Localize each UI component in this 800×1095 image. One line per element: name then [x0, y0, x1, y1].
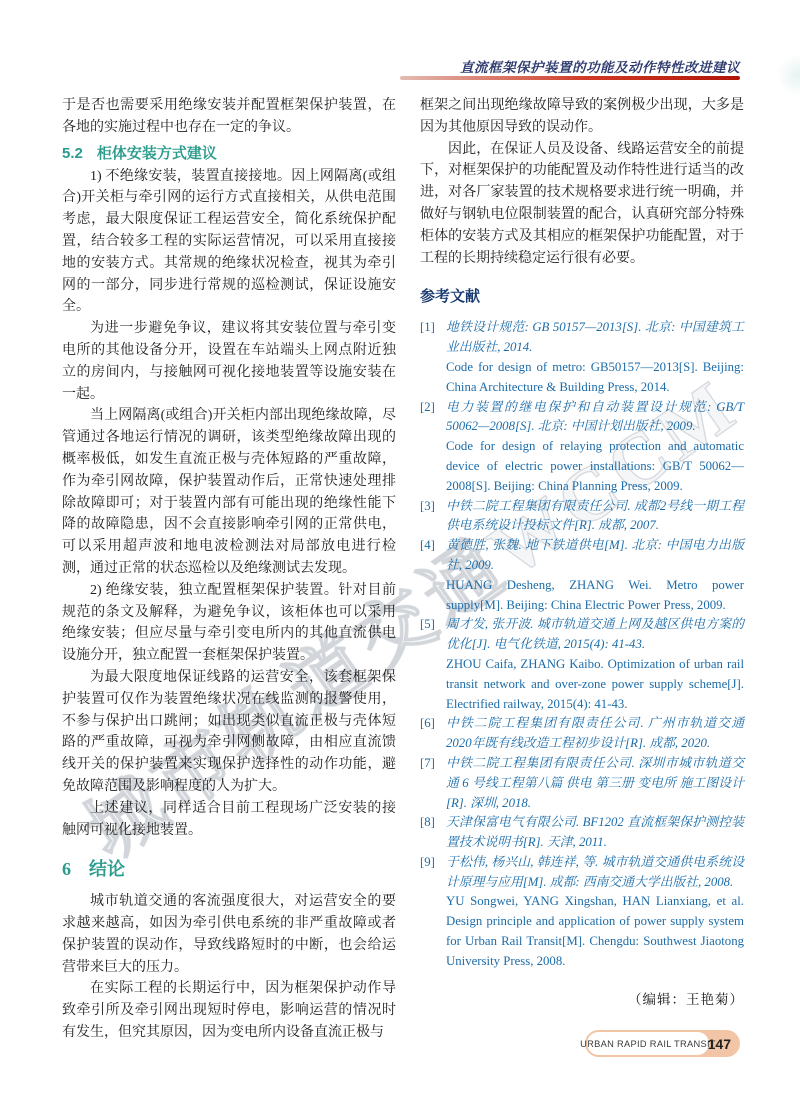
right-column-paragraphs: 框架之间出现绝缘故障导致的案例极少出现，大多是因为其他原因导致的误动作。因此，在…	[420, 95, 744, 269]
footer-journal-pill: URBAN RAPID RAIL TRANSIT	[587, 1032, 709, 1055]
reference-body: 中铁二院工程集团有限责任公司. 成都2号线一期工程供电系统设计投标文件[R]. …	[446, 497, 744, 537]
reference-line: 天津保富电气有限公司. BF1202 直流框架保护测控装置技术说明书[R]. 天…	[446, 813, 744, 853]
reference-item: [5]周才发, 张开波. 城市轨道交通上网及越区供电方案的优化[J]. 电气化铁…	[420, 615, 744, 714]
reference-item: [9]于松伟, 杨兴山, 韩连祥, 等. 城市轨道交通供电系统设计原理与应用[M…	[420, 853, 744, 972]
section-number: 6	[62, 859, 71, 879]
edge-decoration	[778, 52, 800, 98]
paragraph: 为进一步避免争议，建议将其安装位置与牵引变电所的其他设备分开，设置在车站端头上网…	[62, 318, 396, 405]
reference-line: Code for design of relaying protection a…	[446, 437, 744, 496]
editor-note: （编辑：王艳菊）	[420, 988, 744, 1008]
paragraph: 于是否也需要采用绝缘安装并配置框架保护装置，在各地的实施过程中也存在一定的争议。	[62, 95, 396, 139]
reference-line: 黄德胜, 张魏. 地下铁道供电[M]. 北京: 中国电力出版社, 2009.	[446, 536, 744, 576]
reference-body: 电力装置的继电保护和自动装置设计规范: GB/T 50062—2008[S]. …	[446, 398, 744, 497]
reference-number: [9]	[420, 853, 446, 873]
two-column-body: 于是否也需要采用绝缘安装并配置框架保护装置，在各地的实施过程中也存在一定的争议。…	[62, 95, 744, 1044]
left-column: 于是否也需要采用绝缘安装并配置框架保护装置，在各地的实施过程中也存在一定的争议。…	[62, 95, 396, 1044]
reference-item: [2]电力装置的继电保护和自动装置设计规范: GB/T 50062—2008[S…	[420, 398, 744, 497]
reference-number: [2]	[420, 398, 446, 418]
reference-item: [4]黄德胜, 张魏. 地下铁道供电[M]. 北京: 中国电力出版社, 2009…	[420, 536, 744, 615]
paragraph: 框架之间出现绝缘故障导致的案例极少出现，大多是因为其他原因导致的误动作。	[420, 95, 744, 139]
reference-item: [1]地铁设计规范: GB 50157—2013[S]. 北京: 中国建筑工业出…	[420, 318, 744, 397]
right-column: 框架之间出现绝缘故障导致的案例极少出现，大多是因为其他原因导致的误动作。因此，在…	[420, 95, 744, 1044]
reference-number: [5]	[420, 615, 446, 635]
reference-line: Code for design of metro: GB50157—2013[S…	[446, 358, 744, 398]
reference-item: [6]中铁二院工程集团有限责任公司. 广州市轨道交通2020年既有线改造工程初步…	[420, 714, 744, 754]
reference-body: 天津保富电气有限公司. BF1202 直流框架保护测控装置技术说明书[R]. 天…	[446, 813, 744, 853]
running-header-title: 直流框架保护装置的功能及动作特性改进建议	[460, 56, 740, 76]
reference-body: 于松伟, 杨兴山, 韩连祥, 等. 城市轨道交通供电系统设计原理与应用[M]. …	[446, 853, 744, 972]
reference-body: 中铁二院工程集团有限责任公司. 深圳市城市轨道交通 6 号线工程第八篇 供电 第…	[446, 754, 744, 813]
reference-line: HUANG Desheng, ZHANG Wei. Metro power su…	[446, 576, 744, 616]
paragraph: 城市轨道交通的客流强度很大，对运营安全的要求越来越高，如因为牵引供电系统的非严重…	[62, 891, 396, 978]
reference-number: [8]	[420, 813, 446, 833]
reference-line: YU Songwei, YANG Xingshan, HAN Lianxiang…	[446, 892, 744, 971]
reference-line: 地铁设计规范: GB 50157—2013[S]. 北京: 中国建筑工业出版社,…	[446, 318, 744, 358]
section-title: 柜体安装方式建议	[97, 145, 217, 162]
reference-body: 地铁设计规范: GB 50157—2013[S]. 北京: 中国建筑工业出版社,…	[446, 318, 744, 397]
paragraph: 1) 不绝缘安装，装置直接接地。因上网隔离(或组合)开关柜与牵引网的运行方式直接…	[62, 166, 396, 319]
reference-item: [7]中铁二院工程集团有限责任公司. 深圳市城市轨道交通 6 号线工程第八篇 供…	[420, 754, 744, 813]
reference-line: 中铁二院工程集团有限责任公司. 广州市轨道交通2020年既有线改造工程初步设计[…	[446, 714, 744, 754]
reference-number: [6]	[420, 714, 446, 734]
references-heading: 参考文献	[420, 285, 744, 306]
reference-number: [7]	[420, 754, 446, 774]
footer-journal-name: URBAN RAPID RAIL TRANSIT	[580, 1039, 716, 1049]
reference-item: [3]中铁二院工程集团有限责任公司. 成都2号线一期工程供电系统设计投标文件[R…	[420, 497, 744, 537]
section-title: 结论	[89, 859, 125, 879]
reference-line: 中铁二院工程集团有限责任公司. 深圳市城市轨道交通 6 号线工程第八篇 供电 第…	[446, 754, 744, 813]
footer-page-number: 147	[708, 1030, 731, 1057]
reference-body: 周才发, 张开波. 城市轨道交通上网及越区供电方案的优化[J]. 电气化铁道, …	[446, 615, 744, 714]
paragraph: 上述建议，同样适合目前工程现场广泛安装的接触网可视化接地装置。	[62, 798, 396, 842]
paragraph: 在实际工程的长期运行中，因为框架保护动作导致牵引所及牵引网出现短时停电，影响运营…	[62, 978, 396, 1043]
section-number: 5.2	[62, 145, 83, 162]
reference-line: 电力装置的继电保护和自动装置设计规范: GB/T 50062—2008[S]. …	[446, 398, 744, 438]
reference-body: 中铁二院工程集团有限责任公司. 广州市轨道交通2020年既有线改造工程初步设计[…	[446, 714, 744, 754]
reference-line: 周才发, 张开波. 城市轨道交通上网及越区供电方案的优化[J]. 电气化铁道, …	[446, 615, 744, 655]
references-list: [1]地铁设计规范: GB 50157—2013[S]. 北京: 中国建筑工业出…	[420, 318, 744, 971]
reference-line: 中铁二院工程集团有限责任公司. 成都2号线一期工程供电系统设计投标文件[R]. …	[446, 497, 744, 537]
reference-line: 于松伟, 杨兴山, 韩连祥, 等. 城市轨道交通供电系统设计原理与应用[M]. …	[446, 853, 744, 893]
footer-page-badge: URBAN RAPID RAIL TRANSIT 147	[585, 1030, 740, 1057]
reference-number: [4]	[420, 536, 446, 556]
header-rule	[400, 76, 740, 80]
paper-page: 城市轨道交通WCCM 直流框架保护装置的功能及动作特性改进建议 于是否也需要采用…	[0, 0, 800, 1095]
section-heading: 5.2柜体安装方式建议	[62, 142, 396, 163]
paragraph: 2) 绝缘安装，独立配置框架保护装置。针对目前规范的条文及解释，为避免争议，该柜…	[62, 580, 396, 667]
paragraph: 为最大限度地保证线路的运营安全，该套框架保护装置可仅作为装置绝缘状况在线监测的报…	[62, 667, 396, 798]
reference-item: [8]天津保富电气有限公司. BF1202 直流框架保护测控装置技术说明书[R]…	[420, 813, 744, 853]
paragraph: 当上网隔离(或组合)开关柜内部出现绝缘故障，尽管通过各地运行情况的调研，该类型绝…	[62, 405, 396, 579]
reference-line: ZHOU Caifa, ZHANG Kaibo. Optimization of…	[446, 655, 744, 714]
reference-body: 黄德胜, 张魏. 地下铁道供电[M]. 北京: 中国电力出版社, 2009.HU…	[446, 536, 744, 615]
reference-number: [1]	[420, 318, 446, 338]
section-heading: 6结论	[62, 855, 396, 881]
reference-number: [3]	[420, 497, 446, 517]
paragraph: 因此，在保证人员及设备、线路运营安全的前提下，对框架保护的功能配置及动作特性进行…	[420, 139, 744, 270]
